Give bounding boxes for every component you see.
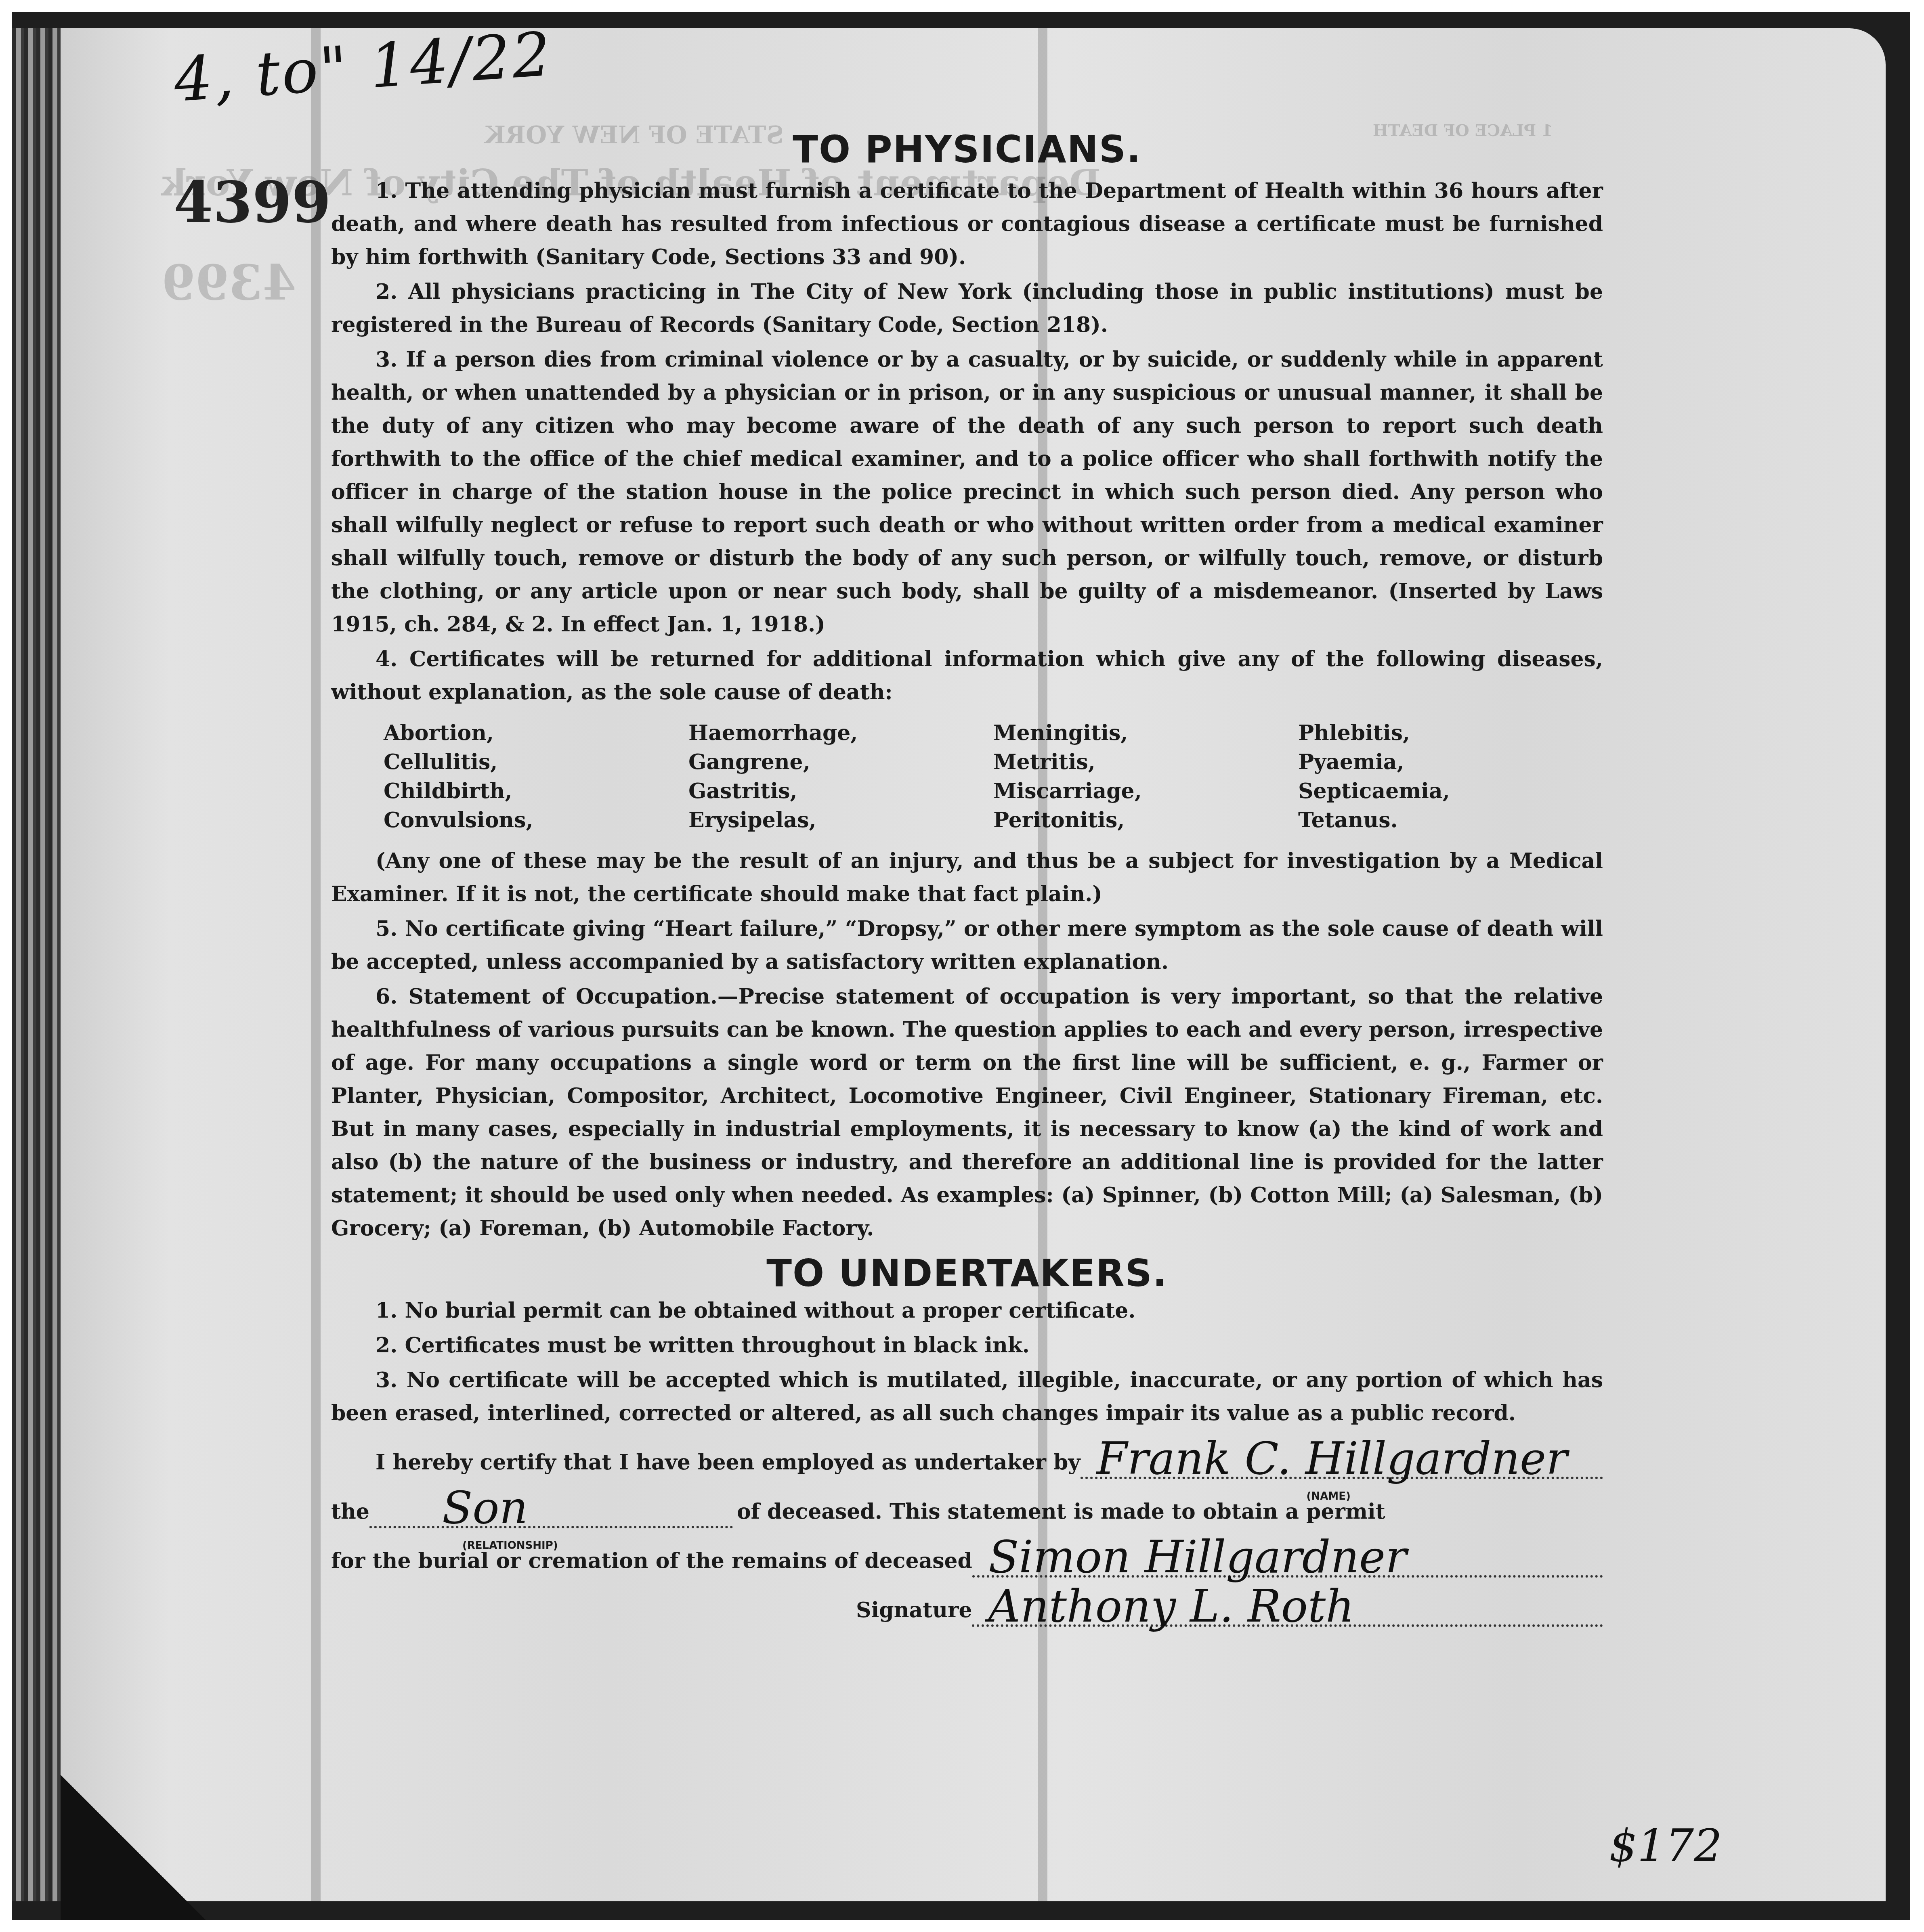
relationship-prefix: the <box>331 1495 369 1528</box>
signature-line: Signature Anthony L. Roth <box>331 1594 1603 1627</box>
relationship-line: the Son (RELATIONSHIP) of deceased. This… <box>331 1495 1603 1528</box>
disease-item: Phlebitis, <box>1298 719 1603 748</box>
disease-list: Abortion, Haemorrhage, Meningitis, Phleb… <box>384 719 1603 835</box>
physicians-item-3: 3. If a person dies from criminal violen… <box>331 343 1603 641</box>
disease-item: Metritis, <box>993 748 1298 777</box>
fold-line <box>311 28 321 1901</box>
relationship-field[interactable]: Son (RELATIONSHIP) <box>369 1498 733 1528</box>
disease-item: Septicaemia, <box>1298 777 1603 806</box>
instructions-content: TO PHYSICIANS. 1. The attending physicia… <box>331 133 1603 1627</box>
employer-line-label: I hereby certify that I have been employ… <box>376 1446 1081 1479</box>
disease-item: Erysipelas, <box>688 806 993 835</box>
disease-item: Abortion, <box>384 719 688 748</box>
physicians-item-5: 5. No certificate giving “Heart failure,… <box>331 912 1603 979</box>
disease-item: Gastritis, <box>688 777 993 806</box>
signature-value: Anthony L. Roth <box>988 1590 1354 1623</box>
relationship-value: Son <box>442 1491 528 1524</box>
employer-name-value: Frank C. Hillgardner <box>1097 1442 1567 1475</box>
register-number: 4399 <box>174 170 331 236</box>
undertakers-item-1: 1. No burial permit can be obtained with… <box>331 1294 1603 1327</box>
deceased-line-label: for the burial or cremation of the remai… <box>331 1544 972 1578</box>
page-corner-fold <box>61 1775 206 1920</box>
disease-item: Haemorrhage, <box>688 719 993 748</box>
undertakers-item-2: 2. Certificates must be written througho… <box>331 1329 1603 1362</box>
undertaker-certification: I hereby certify that I have been employ… <box>331 1446 1603 1627</box>
diseases-note: (Any one of these may be the result of a… <box>331 844 1603 911</box>
undertakers-heading: TO UNDERTAKERS. <box>331 1257 1603 1290</box>
disease-item: Gangrene, <box>688 748 993 777</box>
disease-item: Tetanus. <box>1298 806 1603 835</box>
employer-name-field[interactable]: Frank C. Hillgardner (NAME) <box>1081 1448 1603 1479</box>
physicians-item-1: 1. The attending physician must furnish … <box>331 174 1603 274</box>
undertakers-item-3: 3. No certificate will be accepted which… <box>331 1364 1603 1430</box>
deceased-name-value: Simon Hillgardner <box>988 1540 1407 1574</box>
disease-item: Convulsions, <box>384 806 688 835</box>
relationship-suffix: of deceased. This statement is made to o… <box>737 1495 1385 1528</box>
physicians-item-6: 6. Statement of Occupation.—Precise stat… <box>331 980 1603 1245</box>
disease-item: Pyaemia, <box>1298 748 1603 777</box>
signature-field[interactable]: Anthony L. Roth <box>972 1596 1603 1627</box>
disease-item: Childbirth, <box>384 777 688 806</box>
book-binding <box>12 28 61 1901</box>
disease-item: Peritonitis, <box>993 806 1298 835</box>
physicians-item-4: 4. Certificates will be returned for add… <box>331 643 1603 709</box>
disease-item: Miscarriage, <box>993 777 1298 806</box>
signature-label: Signature <box>856 1594 972 1627</box>
physicians-heading: TO PHYSICIANS. <box>331 133 1603 166</box>
disease-item: Meningitis, <box>993 719 1298 748</box>
deceased-line: for the burial or cremation of the remai… <box>331 1544 1603 1578</box>
bleedthrough-number: 4399 <box>162 254 296 311</box>
deceased-name-field[interactable]: Simon Hillgardner <box>972 1547 1603 1578</box>
permit-number: $172 <box>1609 1820 1722 1871</box>
employer-line: I hereby certify that I have been employ… <box>331 1446 1603 1479</box>
disease-item: Cellulitis, <box>384 748 688 777</box>
physicians-item-2: 2. All physicians practicing in The City… <box>331 275 1603 342</box>
